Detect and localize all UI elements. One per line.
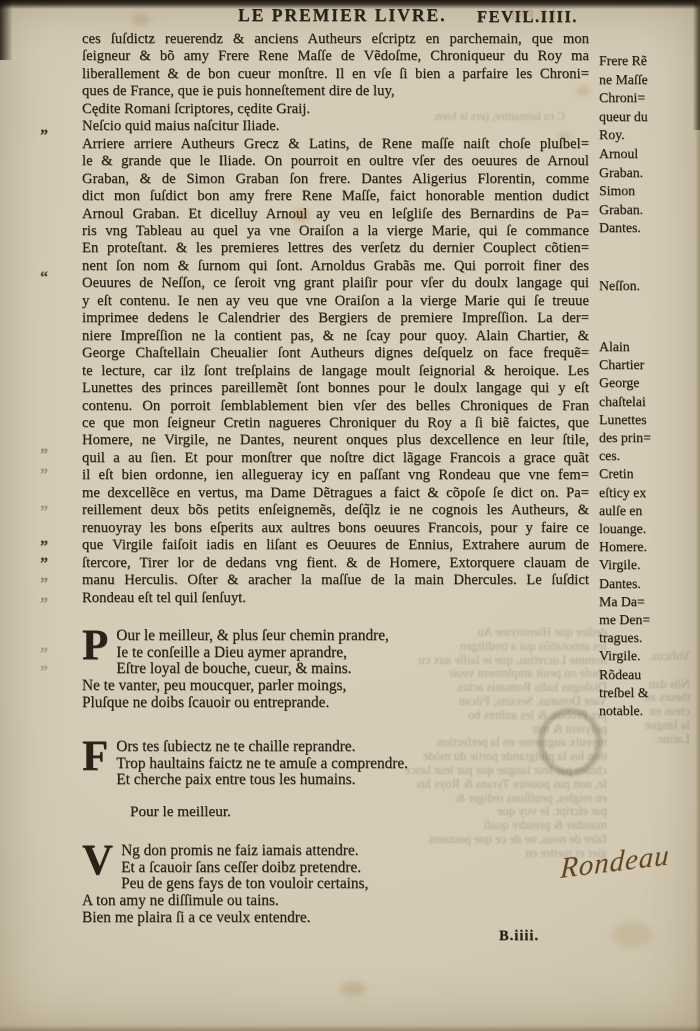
margin-note-line: Chartier [599,356,694,374]
margin-note-line: Cretin [599,465,694,483]
margin-note-line: Graban. [599,164,694,183]
paper-stain [340,982,366,996]
margin-quote-mark: ” [40,505,48,519]
text-line: En proteſtant. & les premieres lettres d… [82,240,589,257]
poem-stanza: FOrs tes ſubiectz ne te chaille reprandr… [82,739,522,789]
text-line: ques de France, que ie puis honneſtement… [82,83,589,100]
bleedthrough-line: mandier & prendre quaſi [335,819,607,833]
margin-quote-mark: ” [40,597,48,611]
poem-stanza: POur le meilleur, & plus ſeur chemin pra… [82,628,522,712]
text-line: contenu. On porroit ſemblablement bien v… [82,398,589,415]
verse-line: Eſtre loyal de bouche, cueur, & mains. [82,661,522,678]
margin-note-line: Alain [599,338,694,356]
page-edge-top-left [0,0,14,60]
text-line: Lunettes des princes pareillemẽt ſont bo… [82,380,589,397]
text-line: il eſt bien ordonne, ien allegueray icy … [82,467,589,484]
margin-note-line: George [599,374,694,392]
margin-note-line: ne Maſſe [599,71,694,90]
text-line: quil a au ſien. Et pour monſtrer que noſ… [82,450,589,467]
margin-quote-mark: ” [40,557,48,571]
text-line: ſtercore, Tirer lor de dedans vng fient.… [82,555,589,572]
margin-note-line: louange. [599,520,694,538]
verse-line: Bien me plaira ſi a ce veulx entendre. [82,910,522,927]
margin-note-line: me Den= [599,611,694,629]
margin-quote-mark: “ [40,271,48,285]
folio-number: FEVIL.IIII. [477,7,578,27]
text-line: ce que mon ſeigneur Cretin nagueres Chro… [82,415,589,432]
text-line: renuoyray les bons eſperits aux aultres … [82,520,589,537]
margin-note-line: Virgile. [599,647,694,665]
running-header-title: LE PREMIER LIVRE. [238,5,447,26]
prose-block: ces ſuſdictz reuerendz & anciens Autheur… [82,31,589,607]
text-line: nent ſon nom & ſurnom qui ſont. Arnoldus… [82,258,589,275]
verse-line: Ors tes ſubiectz ne te chaille reprandre… [82,739,522,756]
verse-line: Et a ſcauoir ſans ceſſer doibz pretendre… [82,860,522,877]
page-edge-bottom [0,1025,700,1031]
margin-note-line: treſbel & [599,684,694,702]
book-page-scan: LE PREMIER LIVRE. FEVIL.IIII. ces ſuſdic… [0,0,700,1031]
text-line: Arnoul Graban. Et dicelluy Arnoul ay veu… [82,206,589,223]
text-line: niere Impreſſion ne la contient pas, & n… [82,328,589,345]
margin-quote-mark: ” [40,647,48,661]
text-line: le & grande que le Iliade. On pourroit e… [82,153,589,170]
paper-stain [612,922,652,948]
margin-note-line: Lunettes [599,411,694,429]
verse-line: Trop haultains faictz ne te amuſe a comp… [82,756,522,773]
verse-line: Ng don promis ne faiz iamais attendre. [82,843,522,860]
text-line: ces ſuſdictz reuerendz & anciens Autheur… [82,31,589,48]
margin-quote-mark: ” [40,665,48,679]
margin-note-line: aulſe en [599,502,694,520]
text-line: George Chaſtellain Cheualier ſont Autheu… [82,345,589,362]
text-line: dict mon ſuſdict bon amy frere Rene Maſſ… [82,188,589,205]
bleedthrough-line: Latine. [596,733,690,747]
margin-note-line: Arnoul [599,145,694,164]
text-line: imprimee dedens le Calendrier des Bergie… [82,310,589,327]
text-line: Arriere arriere Autheurs Grecz & Latins,… [82,136,589,153]
margin-note-line: Neſſon. [599,277,694,295]
text-line: Graban, & de Simon Graban ſon frere. Dan… [82,171,589,188]
verse-line: A ton amy ne diſſimule ou tains. [82,893,522,910]
margin-note-line: des prin= [599,429,694,447]
margin-quote-mark: ” [40,448,48,462]
margin-note-line: Ma Da= [599,593,694,611]
margin-note-line: Chroni= [599,89,694,108]
text-line: Oeuures de Neſſon, ce ſeroit vng grant p… [82,275,589,292]
paper-stain [132,14,150,26]
margin-note-line: tragues. [599,629,694,647]
margin-note-line: Dantes. [599,575,694,593]
signature-mark: B.iiii. [499,928,539,945]
margin-note-line: Dantes. [599,219,694,238]
text-line: y eſt contenu. Ie nen ay veu que vne Ora… [82,293,589,310]
drop-cap-letter: P [82,628,116,662]
text-line: reillement deux bõs petits enſeignemẽs, … [82,502,589,519]
margin-note-line: Rõdeau [599,666,694,684]
refrain-line: Pour le meilleur. [130,803,231,821]
text-line: Neſcio quid maius naſcitur Iliade. [82,118,589,135]
drop-cap-letter: F [82,739,116,773]
text-line: ris vng Tableau au quel ya vne Oraiſon a… [82,223,589,240]
text-line: te lecture, car ilz ſont treſplains de l… [82,363,589,380]
text-line: que Virgile faiſoit iadis en liſant es O… [82,537,589,554]
margin-quote-mark: ” [40,129,48,143]
text-line: ſeigneur & bõ amy Frere Rene Maſſe de Vẽ… [82,48,589,65]
margin-note-line: Roy. [599,126,694,145]
margin-note-group: Frere Rẽne MaſſeChroni=queur duRoy.Arnou… [599,52,694,238]
verse-line: Ie te conſeille a Dieu aymer aprandre, [82,645,522,662]
margin-note-line: notable. [599,702,694,720]
text-line: manu Herculis. Oſter & aracher la maſſue… [82,572,589,589]
text-line: Cędite Romani ſcriptores, cędite Graij. [82,101,589,118]
margin-note-group: AlainChartierGeorgechaſtelaiLunettesdes … [599,338,694,720]
margin-note-group: Neſſon. [599,277,694,295]
poem-stanza: VNg don promis ne faiz iamais attendre.E… [82,843,522,927]
text-line: me dexcellẽce en vertus, ma Dame Dẽtragu… [82,485,589,502]
margin-quote-mark: ” [40,540,48,554]
verse-line: Peu de gens fays de ton vouloir certains… [82,876,522,893]
bleedthrough-line: en reigles, peuſſions rediger & [335,792,607,806]
margin-note-line: eſticy ex [599,484,694,502]
text-line: Homere, ne Virgile, ne Dantes, neurent o… [82,432,589,449]
margin-note-line: Graban. [599,201,694,220]
verse-line: Ne te vanter, peu moucquer, parler moing… [82,678,522,695]
margin-quote-mark: ” [40,468,48,482]
margin-note-line: Frere Rẽ [599,52,694,71]
verse-line: Our le meilleur, & plus ſeur chemin pran… [82,628,522,645]
margin-note-line: Virgile. [599,556,694,574]
bleedthrough-line: la langue [596,719,690,733]
ink-ring-stain [538,708,602,776]
margin-note-line: ces. [599,447,694,465]
handwritten-annotation-rondeau: Rondeau [560,839,671,886]
page-edge-right [695,0,700,1031]
text-line: Rondeau eſt tel quil ſenſuyt. [82,590,589,607]
margin-note-line: chaſtelai [599,393,694,411]
margin-note-line: Simon [599,182,694,201]
drop-cap-letter: V [82,843,121,877]
margin-note-line: Homere. [599,538,694,556]
verse-line: Pluſque ne doibs ſcauoir ou entreprande. [82,695,522,712]
margin-note-line: queur du [599,108,694,127]
text-line: liberallement & de bon cueur monſtre. Il… [82,66,589,83]
bleedthrough-line: par eſcript. Ie voy que [335,805,607,819]
margin-quote-mark: ” [40,577,48,591]
verse-line: Et cherche paix entre tous les humains. [82,772,522,789]
